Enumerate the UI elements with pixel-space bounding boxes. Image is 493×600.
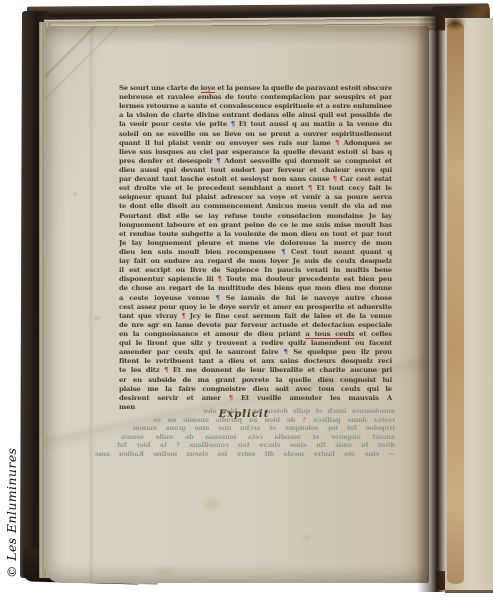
script-text: Se quelque peu ilz prou <box>288 348 392 356</box>
script-text: de chose au regart de la multitude des b… <box>119 284 392 292</box>
script-text: Et tout aussi q au matin a la venue du <box>235 120 392 128</box>
script-text: te les ditz <box>119 366 164 374</box>
script-text: Adont sesveille qui dormoit se congnoist… <box>220 157 392 165</box>
script-text: et celles <box>354 330 392 338</box>
script-text: la veoir pour ceste vie prite <box>119 120 231 128</box>
text-line: tant que vivray ¶ Jcy ie fine cest sermo… <box>119 312 392 321</box>
text-line: a la vision de clarte divine entrant ded… <box>119 111 392 120</box>
script-text: er en subside de ma grant povrete la que… <box>119 376 392 384</box>
script-text: dieu ien suis moult bien recompensee <box>119 248 281 256</box>
text-block: Se sourt une clarte de ioye et la pensee… <box>119 84 392 412</box>
rubricated-text: ioye <box>201 84 216 93</box>
text-line: a ceste ioyeuse venue ¶ Se iamais de lui… <box>119 294 392 303</box>
script-text: Et vueille amender les mauvais A <box>233 394 392 402</box>
script-text: Pourtant dist elle se iay refuse toute c… <box>119 212 392 220</box>
text-line: quant il lui plaist venir ou envoyer ses… <box>119 139 392 148</box>
text-line: dieu ien suis moult bien recompensee ¶ C… <box>119 248 392 257</box>
rubricated-text: a tous ceulx <box>305 330 354 339</box>
script-text: a la vision de clarte divine entrant ded… <box>119 111 392 119</box>
script-text: nebreuse et ravalee embas de toute conte… <box>119 93 392 101</box>
script-text: te hier fut <box>117 441 176 449</box>
text-line: lieve sus iusques au ciel par esperance … <box>119 148 392 157</box>
text-line: en la congnoissance et amour de dieu pri… <box>119 330 392 339</box>
script-text: amender par ceulx qui le sauront faire <box>119 348 284 356</box>
text-line: te les ditz ¶ Et me donnent de leur libe… <box>119 366 392 375</box>
script-text: desirent servir et amer <box>119 394 229 402</box>
text-line: fitent le retribuent tant a dieu et aux … <box>119 357 392 366</box>
script-text: disponentur sapiencie iii <box>119 275 218 283</box>
script-text: Cest tout neant quant q <box>285 248 392 256</box>
facing-page-waterstain <box>447 22 464 584</box>
script-text: Et tout cecy fait le <box>312 184 392 192</box>
script-text: cest assez pour quoy ie le doye servir e… <box>119 303 392 311</box>
showthrough-line: tropolee fut toy solempne et archu une a… <box>133 424 395 433</box>
script-text: iay fait ou endure au regard de mon loye… <box>119 257 392 265</box>
text-line: longuement laboure et en grant peine de … <box>119 221 392 230</box>
script-text: dieu aussi qui devant tout endort par fe… <box>119 166 392 174</box>
script-text: fitent le retribuent tant a dieu et aux … <box>119 357 392 365</box>
text-line: et rendue toute subgette a la voulente d… <box>119 230 392 239</box>
text-line: cest assez pour quoy ie le doye servir e… <box>119 303 392 312</box>
text-line: desirent servir et amer ¶ Et vueille ame… <box>119 394 392 403</box>
text-line: la veoir pour ceste vie prite ¶ Et tout … <box>119 120 392 129</box>
script-text: quant il lui plaist venir ou envoyer ses… <box>119 139 335 147</box>
script-text: pres denfer et desespoir <box>119 157 216 165</box>
script-text: — eine ote fautre mesle dit entre les vi… <box>95 450 395 458</box>
text-line: plaise me la faire congnoistre dieu soit… <box>119 385 392 394</box>
script-text: par devant tant lasche estoit et sesioys… <box>119 175 333 183</box>
script-text: tant que vivray <box>119 312 181 320</box>
script-text: Se iamais de lui ie navoye autre chose <box>220 294 392 302</box>
showthrough-line: — eine ote fautre mesle dit entre les vi… <box>95 450 395 459</box>
script-text: ditez fu emis fin aime vincre ten consei… <box>180 441 395 449</box>
script-text: et rendue toute subgette a la voulente d… <box>119 230 392 238</box>
script-text: Et me donnent de leur liberalite et char… <box>168 366 392 374</box>
text-line: de nre sgr en lame devote par ferveur ac… <box>119 321 392 330</box>
script-text: lieve sus iusques au ciel par esperance … <box>119 148 392 156</box>
text-line: Pourtant dist elle se iay refuse toute c… <box>119 212 392 221</box>
text-line: lermes retourne a sante et convalescence… <box>119 102 392 111</box>
script-text: est droite vie et le precedent semblant … <box>119 184 308 192</box>
text-line: disponentur sapiencie iii ¶ Toute ma dou… <box>119 275 392 284</box>
showthrough-line: amont emperer et mendia ceta iouxensa de… <box>121 433 395 442</box>
text-line: est droite vie et le precedent semblant … <box>119 184 392 193</box>
script-text: amont emperer et mendia ceta iouxensa de… <box>121 433 395 441</box>
text-line: il est escript ou livre de Sapience In p… <box>119 266 392 275</box>
script-text: te dont elle disoit au commencement Amic… <box>119 202 392 210</box>
manuscript-photo: annoissance iusch et quilz doient en a b… <box>0 0 493 600</box>
text-line: er en subside de ma grant povrete la que… <box>119 376 392 385</box>
script-text: Se sourt une clarte de <box>119 84 201 92</box>
text-line: dieu aussi qui devant tout endort par fe… <box>119 166 392 175</box>
facing-page-top-stain <box>441 14 475 44</box>
text-line: amender par ceulx qui le sauront faire ¶… <box>119 348 392 357</box>
script-text: tropolee fut toy solempne et archu une a… <box>133 424 395 432</box>
script-text: lermes retourne a sante et convalescence… <box>119 102 392 111</box>
script-text: Adonques se <box>339 139 392 147</box>
text-line: seigneur quant lui plaist adrescer sa vo… <box>119 193 392 202</box>
text-line: par devant tant lasche estoit et sesioys… <box>119 175 392 184</box>
text-line: qui le liront que silz y treuvent a redi… <box>119 339 392 348</box>
script-text: Jcy ie fine cest sermon fait de lalee et… <box>186 312 392 320</box>
script-text: qui le liront que silz y treuvent a redi… <box>119 339 392 347</box>
text-line: nebreuse et ravalee embas de toute conte… <box>119 93 392 102</box>
explicit-label: Explicit <box>182 409 306 420</box>
text-line: pres denfer et desespoir ¶ Adont sesveil… <box>119 157 392 166</box>
script-text: men <box>119 403 135 411</box>
script-text: Toute ma douleur precedente est bien peu <box>222 275 392 283</box>
script-text: en la congnoissance et amour de dieu pri… <box>119 330 305 338</box>
script-text: seigneur quant lui plaist adrescer sa vo… <box>119 193 392 201</box>
script-text: longuement laboure et en grant peine de … <box>119 221 392 229</box>
script-text: de nre sgr en lame devote par ferveur ac… <box>119 321 392 329</box>
copyright-credit: © Les Enluminures <box>4 448 19 578</box>
showthrough-line: ditez fu emis fin aime vincre ten consei… <box>117 441 395 450</box>
script-text: a ceste ioyeuse venue <box>119 294 216 302</box>
capitulum-mark: ¶ <box>176 441 180 449</box>
script-text: restez dame paillece <box>306 416 395 424</box>
text-line: Je lay longuement pleure et mene vie dol… <box>119 239 392 248</box>
script-text: Car cest estat <box>337 175 392 183</box>
script-text: Je lay longuement pleure et mene vie dol… <box>119 239 392 247</box>
script-text: soleil on se esveille on se lieve on se … <box>119 130 392 138</box>
text-line: Se sourt une clarte de ioye et la pensee… <box>119 84 392 93</box>
text-line: de chose au regart de la multitude des b… <box>119 284 392 293</box>
text-line: iay fait ou endure au regard de mon loye… <box>119 257 392 266</box>
text-line: soleil on se esveille on se lieve on se … <box>119 130 392 139</box>
script-text: il est escript ou livre de Sapience In p… <box>119 266 392 274</box>
script-text: plaise me la faire congnoistre dieu soit… <box>119 385 392 393</box>
text-line: te dont elle disoit au commencement Amic… <box>119 202 392 211</box>
